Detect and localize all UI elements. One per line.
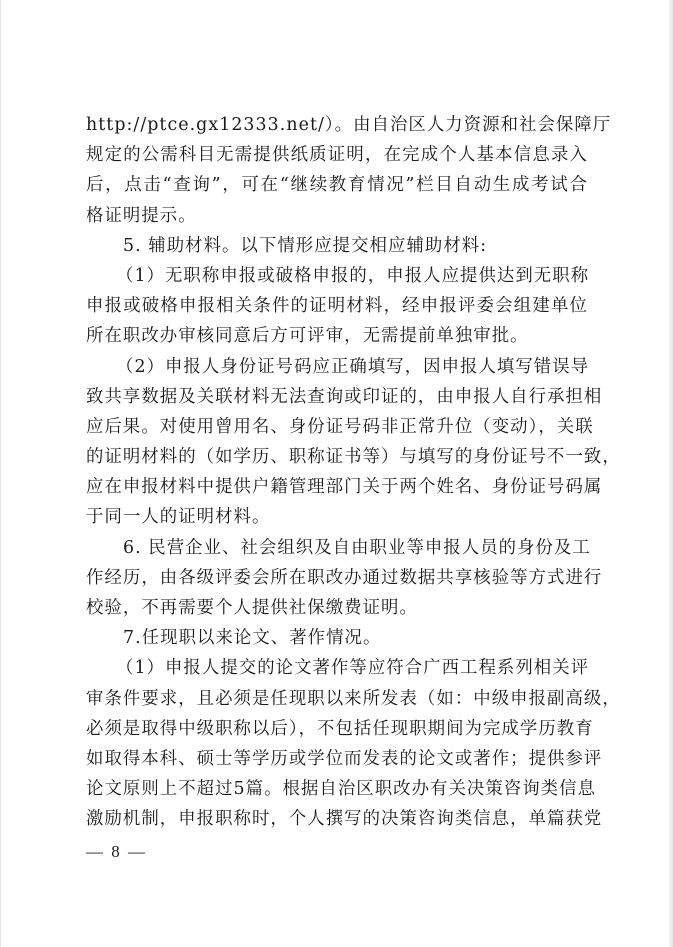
paragraph-item7-heading: 7.任现职以来论文、著作情况。 (86, 623, 588, 653)
text-line: 应在申报材料中提供户籍管理部门关于两个姓名、身份证号码属 (86, 472, 588, 502)
text-line: 校验，不再需要个人提供社保缴费证明。 (86, 593, 588, 623)
page-edge-shadow (669, 0, 673, 947)
document-page: http://ptce.gx12333.net/）。由自治区人力资源和社会保障厅… (0, 0, 673, 947)
text-line: 规定的公需科目无需提供纸质证明，在完成个人基本信息录入 (86, 140, 588, 170)
text-line: 格证明提示。 (86, 201, 588, 231)
page-number: — 8 — (86, 840, 147, 864)
section-heading: 5. 辅助材料。以下情形应提交相应辅助材料: (86, 231, 588, 261)
text-line: （1）无职称申报或破格申报的，申报人应提供达到无职称 (86, 261, 588, 291)
text-line: 后，点击“查询”，可在“继续教育情况”栏目自动生成考试合 (86, 170, 588, 200)
text-line: 激励机制，申报职称时，个人撰写的决策咨询类信息，单篇获党 (86, 804, 588, 834)
text-line: http://ptce.gx12333.net/）。由自治区人力资源和社会保障厅 (86, 110, 588, 140)
text-line: 审条件要求，且必须是任现职以来所发表（如：中级申报副高级， (86, 684, 588, 714)
text-line: 论文原则上不超过5篇。根据自治区职改办有关决策咨询类信息 (86, 774, 588, 804)
text-line: 必须是取得中级职称以后），不包括任现职期间为完成学历教育 (86, 714, 588, 744)
text-line: 所在职改办审核同意后方可评审，无需提前单独审批。 (86, 321, 588, 351)
text-line: 6. 民营企业、社会组织及自由职业等申报人员的身份及工 (86, 533, 588, 563)
text-line: 致共享数据及关联材料无法查询或印证的，由申报人自行承担相 (86, 382, 588, 412)
paragraph-item7-1: （1）申报人提交的论文著作等应符合广西工程系列相关评 审条件要求，且必须是任现职… (86, 653, 588, 834)
text-line: 申报或破格申报相关条件的证明材料，经申报评委会组建单位 (86, 291, 588, 321)
section-heading: 7.任现职以来论文、著作情况。 (86, 623, 588, 653)
text-line: 作经历，由各级评委会所在职改办通过数据共享核验等方式进行 (86, 563, 588, 593)
text-line: （2）申报人身份证号码应正确填写，因申报人填写错误导 (86, 352, 588, 382)
text-line: 如取得本科、硕士等学历或学位而发表的论文或著作；提供参评 (86, 744, 588, 774)
text-line: 应后果。对使用曾用名、身份证号码非正常升位（变动），关联 (86, 412, 588, 442)
paragraph-intro: http://ptce.gx12333.net/）。由自治区人力资源和社会保障厅… (86, 110, 588, 231)
paragraph-item5-heading: 5. 辅助材料。以下情形应提交相应辅助材料: (86, 231, 588, 261)
paragraph-item6: 6. 民营企业、社会组织及自由职业等申报人员的身份及工 作经历，由各级评委会所在… (86, 533, 588, 624)
document-body: http://ptce.gx12333.net/）。由自治区人力资源和社会保障厅… (86, 110, 588, 835)
paragraph-item5-1: （1）无职称申报或破格申报的，申报人应提供达到无职称 申报或破格申报相关条件的证… (86, 261, 588, 352)
text-line: 于同一人的证明材料。 (86, 502, 588, 532)
text-line: （1）申报人提交的论文著作等应符合广西工程系列相关评 (86, 653, 588, 683)
paragraph-item5-2: （2）申报人身份证号码应正确填写，因申报人填写错误导 致共享数据及关联材料无法查… (86, 352, 588, 533)
text-line: 的证明材料的（如学历、职称证书等）与填写的身份证号不一致， (86, 442, 588, 472)
